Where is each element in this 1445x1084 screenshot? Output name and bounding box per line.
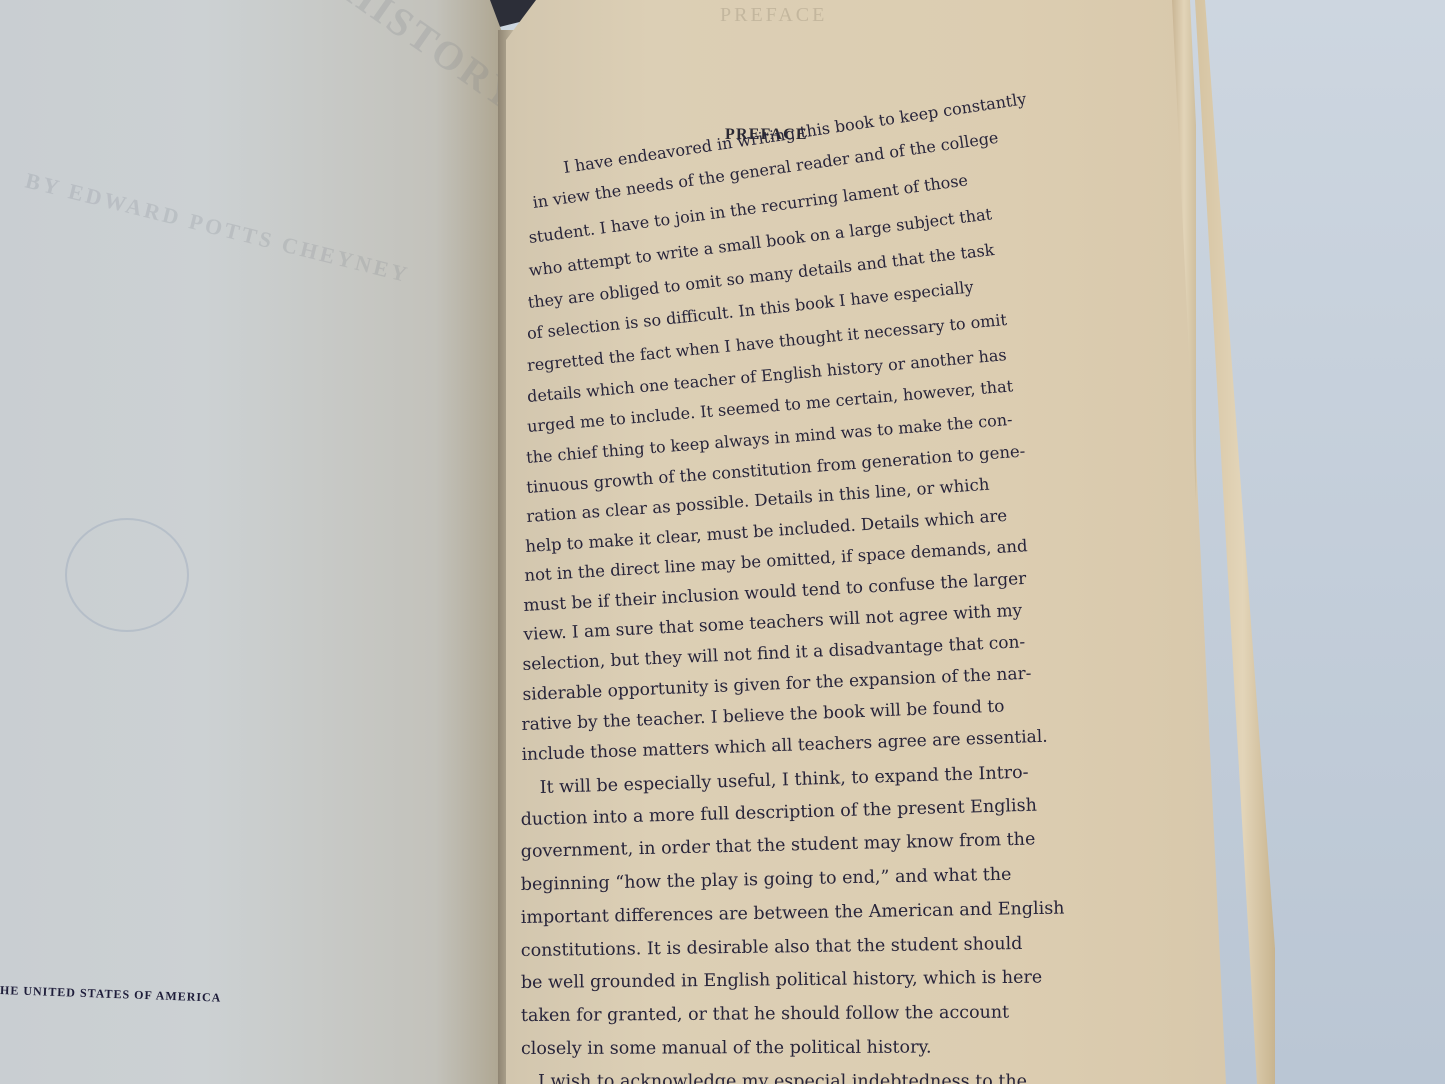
left-page: HISTORY BY EDWARD POTTS CHEYNEY HE UNITE… <box>0 0 512 1084</box>
book-photo: HISTORY BY EDWARD POTTS CHEYNEY HE UNITE… <box>0 0 1445 1084</box>
text-line: closely in some manual of the political … <box>521 1038 932 1059</box>
library-stamp <box>65 518 189 632</box>
show-through-text: PREFACE <box>720 4 827 27</box>
text-line: I wish to acknowledge my especial indebt… <box>538 1072 1027 1084</box>
text-line: taken for granted, or that he should fol… <box>521 1003 1009 1026</box>
show-through-author: BY EDWARD POTTS CHEYNEY <box>23 168 413 289</box>
imprint-text: HE UNITED STATES OF AMERICA <box>0 983 222 1006</box>
